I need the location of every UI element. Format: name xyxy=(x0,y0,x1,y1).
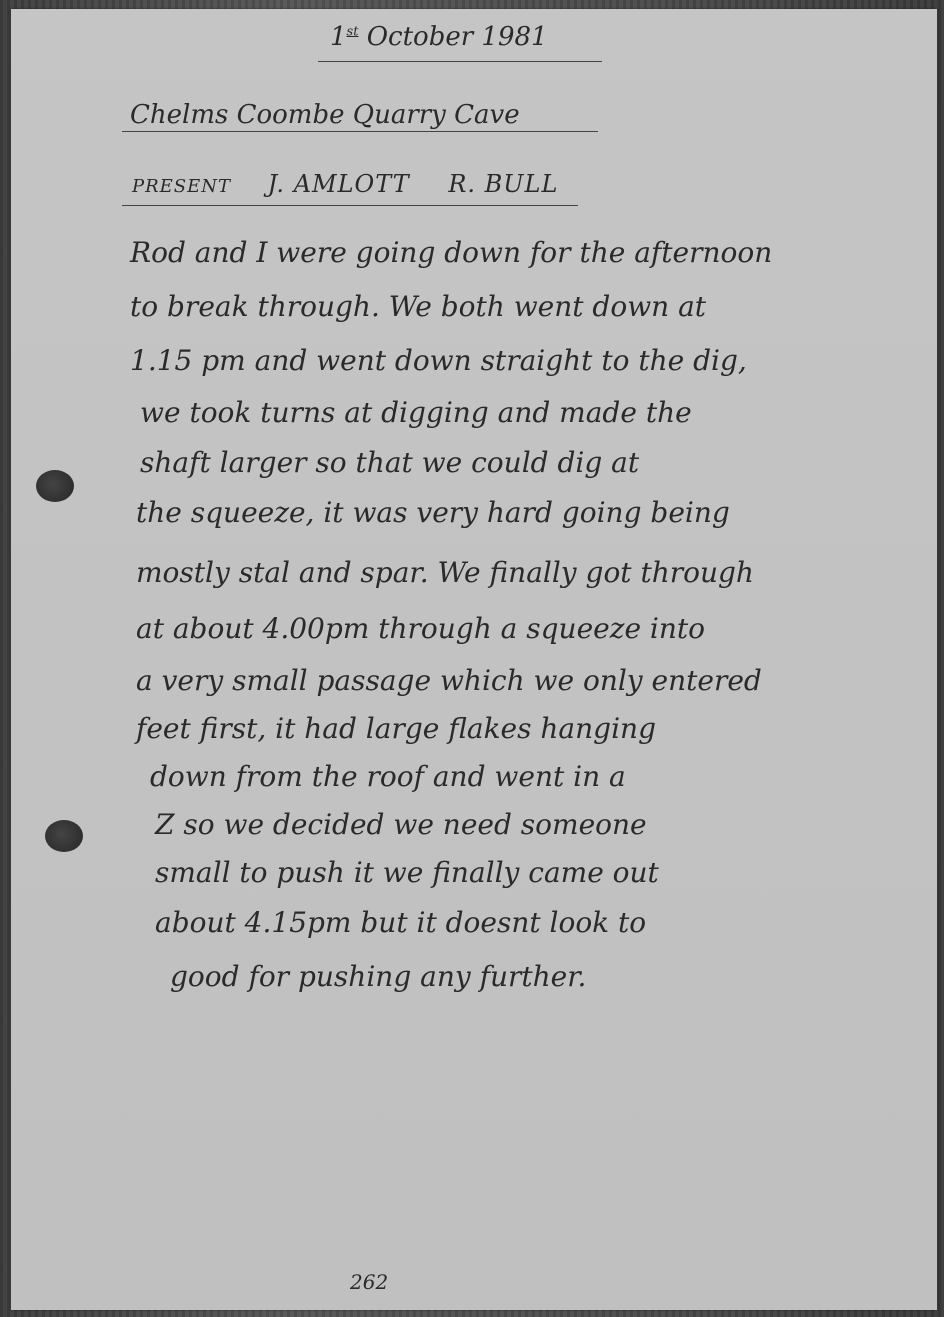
punch-hole-top xyxy=(36,470,74,502)
attendee-name: J. AMLOTT xyxy=(268,170,410,198)
present-attendees: PRESENT J. AMLOTT R. BULL xyxy=(132,170,588,198)
body-line: we took turns at digging and made the xyxy=(140,396,692,429)
body-line: at about 4.00pm through a squeeze into xyxy=(136,612,705,645)
body-line: down from the roof and went in a xyxy=(150,760,626,793)
body-line: mostly stal and spar. We finally got thr… xyxy=(136,556,754,589)
body-line: feet first, it had large flakes hanging xyxy=(136,712,656,745)
entry-date: 1st October 1981 xyxy=(330,22,548,52)
location-underline xyxy=(122,131,598,132)
cave-location-title: Chelms Coombe Quarry Cave xyxy=(130,100,520,130)
page-number: 262 xyxy=(350,1270,388,1294)
body-line: the squeeze, it was very hard going bein… xyxy=(136,496,730,529)
date-underline xyxy=(318,61,602,62)
body-line: about 4.15pm but it doesnt look to xyxy=(155,906,646,939)
present-underline xyxy=(122,205,578,206)
body-line: good for pushing any further. xyxy=(170,960,586,993)
date-suffix: st xyxy=(347,24,359,39)
body-line: Rod and I were going down for the aftern… xyxy=(130,236,772,269)
date-month-year: October 1981 xyxy=(367,22,548,52)
body-line: small to push it we finally came out xyxy=(155,856,659,889)
punch-hole-bottom xyxy=(45,820,83,852)
body-line: a very small passage which we only enter… xyxy=(136,664,762,697)
body-line: 1.15 pm and went down straight to the di… xyxy=(130,344,747,377)
body-line: Z so we decided we need someone xyxy=(155,808,647,841)
date-day: 1 xyxy=(330,22,347,52)
attendee-name: R. BULL xyxy=(448,170,558,198)
present-label: PRESENT xyxy=(132,176,231,197)
body-line: to break through. We both went down at xyxy=(130,290,706,323)
body-line: shaft larger so that we could dig at xyxy=(140,446,639,479)
